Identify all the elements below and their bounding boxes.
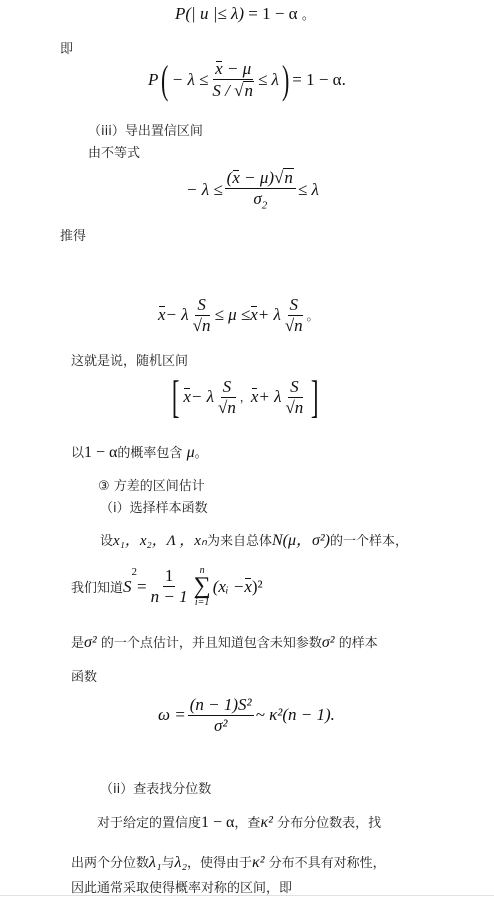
p1-b: ，查	[234, 816, 260, 831]
contains-pre: 以	[71, 446, 84, 461]
eq5-frac1: S √n	[216, 378, 238, 417]
eq5-n2: n	[295, 397, 304, 417]
eq4-mid: ≤ μ ≤	[214, 305, 250, 325]
eq4-minus-lambda: − λ	[166, 305, 189, 325]
sqrt-icon: √n	[191, 316, 213, 335]
sample-pre: 设	[100, 534, 113, 549]
section-3-heading: ③ 方差的区间估计	[98, 475, 205, 494]
sample-variance-line: 我们知道 S2 = 1 n − 1 n ∑ i=1 (xᵢ − x)²	[71, 566, 263, 608]
eq4-frac1: S √n	[191, 296, 213, 335]
eq6-den: σ²	[212, 716, 229, 735]
this-means-text: 这就是说，随机区间	[71, 350, 188, 369]
pe-b: 的一个点估计，并且知道包含未知参数	[101, 636, 322, 651]
step-ii-heading: （ii）查表找分位数	[100, 778, 211, 797]
p2-kappa: κ²	[252, 854, 264, 871]
s2-s: S	[123, 577, 132, 597]
s2-term: (xᵢ −	[213, 577, 245, 597]
equation-probability-u: P(| u |≤ λ) = 1 − α 。	[175, 4, 315, 24]
p2-l1: λ₁	[149, 854, 162, 871]
sqrt-icon: √n	[234, 81, 254, 100]
step-i-heading: （i）选择样本函数	[100, 497, 208, 516]
eq6-rhs: ~ κ²(n − 1).	[256, 705, 335, 725]
eq3-left: − λ ≤	[186, 180, 223, 200]
s2-den: n − 1	[149, 587, 190, 606]
contains-val: 1 − α	[84, 444, 117, 461]
eq2-rhs: = 1 − α.	[292, 70, 346, 90]
eq2-den-n: n	[243, 81, 254, 100]
eq3-den: σ2	[251, 189, 269, 212]
eq4-n2: n	[294, 315, 303, 335]
eq4-end: 。	[307, 307, 319, 324]
point-estimate-line: 是σ² 的一个点估计，并且知道包含未知参数σ² 的样本	[71, 632, 378, 652]
s2-term-end: )²	[252, 577, 263, 597]
sqrt-icon: √n	[283, 398, 305, 417]
function-word: 函数	[71, 666, 97, 685]
equation-inequality: − λ ≤ (x − μ)√n σ2 ≤ λ	[186, 168, 319, 212]
p2-a: 出两个分位数	[71, 856, 149, 871]
eq2-num: x − μ	[213, 60, 253, 80]
contains-mu-line: 以1 − α的概率包含 μ。	[71, 442, 208, 462]
s2-num: 1	[163, 567, 176, 587]
eq6-lhs: ω =	[158, 705, 186, 725]
p1-c: 分布分位数表，找	[277, 816, 381, 831]
eq5-xbar1: x	[183, 387, 191, 407]
sample-dist: N(μ，σ²)	[272, 532, 330, 549]
eq4-xbar2: x	[250, 305, 258, 325]
equation-random-interval: [ x − λ S √n ， x + λ S √n ]	[168, 378, 323, 417]
eq3-right: ≤ λ	[298, 180, 319, 200]
eq2-right: ≤ λ	[258, 70, 279, 90]
s2-fraction: 1 n − 1	[149, 567, 190, 606]
eq4-xbar1: x	[158, 305, 166, 325]
left-bracket: [	[172, 379, 180, 416]
p2-c: ，使得由于	[187, 856, 252, 871]
left-paren: (	[161, 64, 168, 96]
label-ji: 即	[60, 38, 73, 57]
p2-l2: λ₂	[175, 854, 188, 871]
right-paren: )	[282, 64, 289, 96]
equation-mu-interval: x − λ S √n ≤ μ ≤ x + λ S √n 。	[158, 296, 319, 335]
p1-kappa: κ²	[260, 814, 272, 831]
eq5-s2: S	[288, 378, 301, 398]
sample-post: 的一个样本，	[330, 534, 408, 549]
eq5-n1: n	[227, 397, 236, 417]
p2-d: 分布不具有对称性，	[269, 856, 386, 871]
p1-v: 1 − α	[201, 814, 234, 831]
sigma-glyph: ∑	[194, 576, 211, 598]
pe-sigma2: σ²	[322, 634, 335, 651]
eq5-comma: ，	[240, 389, 251, 405]
eq3-num-n: n	[283, 168, 294, 187]
eq1-lhs: P(| u |≤ λ)	[175, 4, 244, 23]
eq5-minus-lambda: − λ	[191, 387, 214, 407]
from-inequality-text: 由不等式	[88, 142, 140, 161]
eq2-den-s: S /	[212, 81, 229, 100]
sample-definition-line: 设x₁，x₂，Λ ，xₙ为来自总体N(μ，σ²)的一个样本，	[100, 527, 408, 550]
step-iii-heading: （iii）导出置信区间	[88, 120, 203, 139]
contains-end: 。	[195, 446, 208, 461]
pe-c: 的样本	[339, 636, 378, 651]
eq6-num: (n − 1)S²	[188, 696, 254, 716]
eq4-frac2: S √n	[283, 296, 305, 335]
s2-xbar: x	[244, 577, 252, 597]
sum-bottom: i=1	[195, 598, 210, 608]
eq6-fraction: (n − 1)S² σ²	[188, 696, 254, 735]
eq5-s1: S	[221, 378, 234, 398]
s2-pre: 我们知道	[71, 577, 123, 596]
summation-icon: n ∑ i=1	[194, 566, 211, 608]
pe-a: 是	[71, 636, 84, 651]
equation-standardized: P ( − λ ≤ x − μ S / √n ≤ λ ) = 1 − α.	[148, 60, 346, 100]
eq3-num: (x − μ)√n	[225, 168, 296, 189]
eq5-xbar2: x	[251, 387, 259, 407]
eq1-end: 。	[302, 7, 315, 22]
eq2-left: − λ ≤	[172, 70, 209, 90]
contains-mu: μ	[187, 444, 195, 461]
eq4-n1: n	[202, 315, 211, 335]
eq4-s2: S	[288, 296, 301, 316]
eq1-rhs: = 1 − α	[248, 4, 297, 23]
eq2-den: S / √n	[210, 80, 256, 100]
sample-mid: 为来自总体	[207, 534, 272, 549]
s2-eq: =	[137, 577, 147, 597]
tuide-text: 推得	[60, 225, 86, 244]
page-bottom-divider	[0, 895, 494, 896]
eq4-plus-lambda: + λ	[258, 305, 281, 325]
paragraph-line-2: 出两个分位数λ₁与λ₂，使得由于κ² 分布不具有对称性，	[71, 852, 386, 872]
eq3-den-sub: 2	[262, 199, 268, 211]
eq4-s1: S	[195, 296, 208, 316]
equation-chi-square: ω = (n − 1)S² σ² ~ κ²(n − 1).	[158, 696, 335, 735]
paragraph-line-1: 对于给定的置信度1 − α，查κ² 分布分位数表，找	[97, 812, 381, 832]
paragraph-line-3: 因此通常采取使得概率对称的区间，即	[71, 877, 292, 896]
pe-sigma1: σ²	[84, 634, 97, 651]
eq3-fraction: (x − μ)√n σ2	[225, 168, 296, 212]
contains-mid: 的概率包含	[117, 446, 182, 461]
eq2-fraction: x − μ S / √n	[210, 60, 256, 100]
eq5-plus-lambda: + λ	[258, 387, 281, 407]
eq5-frac2: S √n	[283, 378, 305, 417]
eq3-den-sigma: σ	[253, 189, 261, 208]
p1-a: 对于给定的置信度	[97, 816, 201, 831]
sqrt-icon: √n	[274, 168, 294, 187]
right-bracket: ]	[311, 379, 319, 416]
eq2-p: P	[148, 70, 158, 90]
sqrt-icon: √n	[283, 316, 305, 335]
p2-b: 与	[162, 856, 175, 871]
sqrt-icon: √n	[216, 398, 238, 417]
sample-vars: x₁，x₂，Λ ，xₙ	[113, 533, 207, 549]
